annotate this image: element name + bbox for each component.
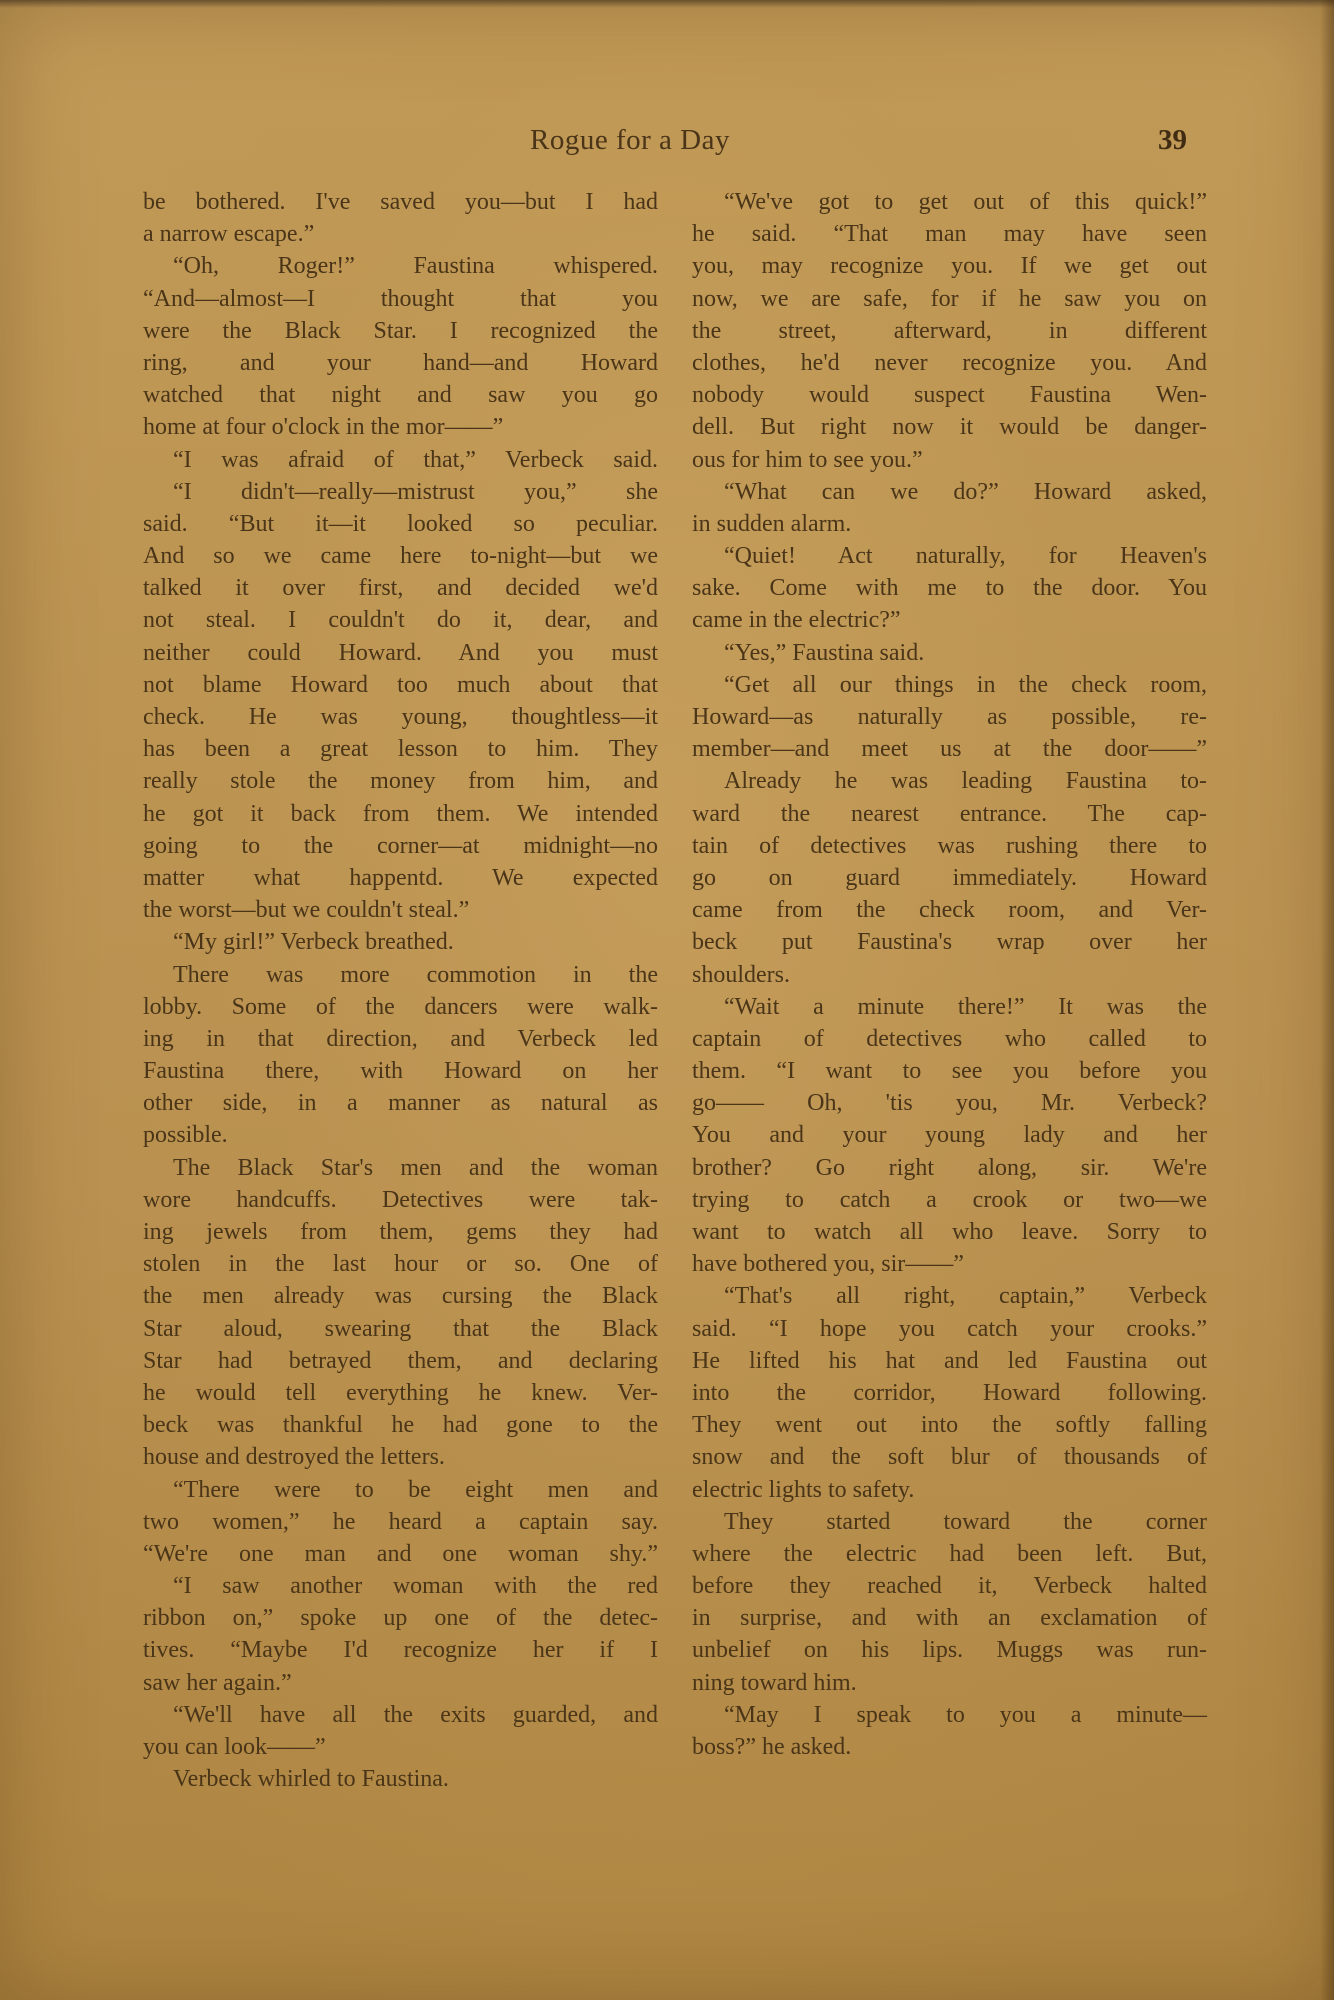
text-line: said. “I hope you catch your crooks.” <box>692 1313 1207 1345</box>
text-line: There was more commotion in the <box>143 959 658 991</box>
running-head: Rogue for a Day 39 <box>0 124 1334 164</box>
text-line: now, we are safe, for if he saw you on <box>692 283 1207 315</box>
text-line: stolen in the last hour or so. One of <box>143 1248 658 1280</box>
text-line: clothes, he'd never recognize you. And <box>692 347 1207 379</box>
text-line: “What can we do?” Howard asked, <box>692 476 1207 508</box>
text-line: sake. Come with me to the door. You <box>692 572 1207 604</box>
text-line: wore handcuffs. Detectives were tak- <box>143 1184 658 1216</box>
text-line: said. “But it—it looked so peculiar. <box>143 508 658 540</box>
text-line: has been a great lesson to him. They <box>143 733 658 765</box>
text-line: go on guard immediately. Howard <box>692 862 1207 894</box>
text-line: home at four o'clock in the mor——” <box>143 411 658 443</box>
text-line: tain of detectives was rushing there to <box>692 830 1207 862</box>
text-line: ring, and your hand—and Howard <box>143 347 658 379</box>
text-line: in sudden alarm. <box>692 508 1207 540</box>
text-line: “I saw another woman with the red <box>143 1570 658 1602</box>
text-line: house and destroyed the letters. <box>143 1441 658 1473</box>
running-title: Rogue for a Day <box>530 124 730 157</box>
text-line: came from the check room, and Ver- <box>692 894 1207 926</box>
text-line: dell. But right now it would be danger- <box>692 411 1207 443</box>
text-line: member—and meet us at the door——” <box>692 733 1207 765</box>
text-line: “Wait a minute there!” It was the <box>692 991 1207 1023</box>
text-line: the worst—but we couldn't steal.” <box>143 894 658 926</box>
text-line: Star aloud, swearing that the Black <box>143 1313 658 1345</box>
text-line: “Yes,” Faustina said. <box>692 637 1207 669</box>
text-line: two women,” he heard a captain say. <box>143 1506 658 1538</box>
text-line: They went out into the softly falling <box>692 1409 1207 1441</box>
text-line: The Black Star's men and the woman <box>143 1152 658 1184</box>
text-line: the men already was cursing the Black <box>143 1280 658 1312</box>
text-line: have bothered you, sir——” <box>692 1248 1207 1280</box>
text-line: “There were to be eight men and <box>143 1474 658 1506</box>
text-line: boss?” he asked. <box>692 1731 1207 1763</box>
text-line: neither could Howard. And you must <box>143 637 658 669</box>
text-line: he said. “That man may have seen <box>692 218 1207 250</box>
text-line: “May I speak to you a minute— <box>692 1699 1207 1731</box>
text-line: he got it back from them. We intended <box>143 798 658 830</box>
text-line: he would tell everything he knew. Ver- <box>143 1377 658 1409</box>
text-line: in surprise, and with an exclamation of <box>692 1602 1207 1634</box>
text-line: shoulders. <box>692 959 1207 991</box>
text-line: “And—almost—I thought that you <box>143 283 658 315</box>
text-line: possible. <box>143 1119 658 1151</box>
text-line: “Get all our things in the check room, <box>692 669 1207 701</box>
text-line: And so we came here to-night—but we <box>143 540 658 572</box>
text-line: Already he was leading Faustina to- <box>692 765 1207 797</box>
text-line: really stole the money from him, and <box>143 765 658 797</box>
text-line: captain of detectives who called to <box>692 1023 1207 1055</box>
text-line: nobody would suspect Faustina Wen- <box>692 379 1207 411</box>
text-line: the street, afterward, in different <box>692 315 1207 347</box>
text-line: ribbon on,” spoke up one of the detec- <box>143 1602 658 1634</box>
text-line: were the Black Star. I recognized the <box>143 315 658 347</box>
text-line: “My girl!” Verbeck breathed. <box>143 926 658 958</box>
text-line: “That's all right, captain,” Verbeck <box>692 1280 1207 1312</box>
text-line: saw her again.” <box>143 1667 658 1699</box>
text-line: Faustina there, with Howard on her <box>143 1055 658 1087</box>
text-line: ing jewels from them, gems they had <box>143 1216 658 1248</box>
text-line: “We'll have all the exits guarded, and <box>143 1699 658 1731</box>
text-column-right: “We've got to get out of this quick!”he … <box>692 186 1207 1763</box>
text-line: trying to catch a crook or two—we <box>692 1184 1207 1216</box>
text-line: them. “I want to see you before you <box>692 1055 1207 1087</box>
text-line: where the electric had been left. But, <box>692 1538 1207 1570</box>
book-page: Rogue for a Day 39 be bothered. I've sav… <box>0 0 1334 2000</box>
text-line: lobby. Some of the dancers were walk- <box>143 991 658 1023</box>
page-number: 39 <box>1158 124 1187 157</box>
text-line: you can look——” <box>143 1731 658 1763</box>
text-line: before they reached it, Verbeck halted <box>692 1570 1207 1602</box>
text-line: a narrow escape.” <box>143 218 658 250</box>
text-line: going to the corner—at midnight—no <box>143 830 658 862</box>
text-line: beck put Faustina's wrap over her <box>692 926 1207 958</box>
text-line: Verbeck whirled to Faustina. <box>143 1763 658 1795</box>
text-line: “I was afraid of that,” Verbeck said. <box>143 444 658 476</box>
text-line: be bothered. I've saved you—but I had <box>143 186 658 218</box>
text-line: ward the nearest entrance. The cap- <box>692 798 1207 830</box>
text-line: “We've got to get out of this quick!” <box>692 186 1207 218</box>
text-line: You and your young lady and her <box>692 1119 1207 1151</box>
text-line: not steal. I couldn't do it, dear, and <box>143 604 658 636</box>
text-line: ous for him to see you.” <box>692 444 1207 476</box>
text-line: tives. “Maybe I'd recognize her if I <box>143 1634 658 1666</box>
text-line: into the corridor, Howard following. <box>692 1377 1207 1409</box>
text-line: unbelief on his lips. Muggs was run- <box>692 1634 1207 1666</box>
text-line: want to watch all who leave. Sorry to <box>692 1216 1207 1248</box>
text-line: He lifted his hat and led Faustina out <box>692 1345 1207 1377</box>
text-line: “Quiet! Act naturally, for Heaven's <box>692 540 1207 572</box>
text-column-left: be bothered. I've saved you—but I hada n… <box>143 186 658 1795</box>
text-line: “I didn't—really—mistrust you,” she <box>143 476 658 508</box>
text-line: go—— Oh, 'tis you, Mr. Verbeck? <box>692 1087 1207 1119</box>
text-line: brother? Go right along, sir. We're <box>692 1152 1207 1184</box>
text-line: “Oh, Roger!” Faustina whispered. <box>143 250 658 282</box>
text-line: Howard—as naturally as possible, re- <box>692 701 1207 733</box>
text-line: not blame Howard too much about that <box>143 669 658 701</box>
text-line: ing in that direction, and Verbeck led <box>143 1023 658 1055</box>
text-line: “We're one man and one woman shy.” <box>143 1538 658 1570</box>
text-line: other side, in a manner as natural as <box>143 1087 658 1119</box>
text-line: came in the electric?” <box>692 604 1207 636</box>
text-line: beck was thankful he had gone to the <box>143 1409 658 1441</box>
text-line: check. He was young, thoughtless—it <box>143 701 658 733</box>
text-line: talked it over first, and decided we'd <box>143 572 658 604</box>
text-line: ning toward him. <box>692 1667 1207 1699</box>
text-line: snow and the soft blur of thousands of <box>692 1441 1207 1473</box>
text-line: watched that night and saw you go <box>143 379 658 411</box>
text-line: They started toward the corner <box>692 1506 1207 1538</box>
text-line: Star had betrayed them, and declaring <box>143 1345 658 1377</box>
text-line: you, may recognize you. If we get out <box>692 250 1207 282</box>
text-line: matter what happentd. We expected <box>143 862 658 894</box>
text-line: electric lights to safety. <box>692 1474 1207 1506</box>
